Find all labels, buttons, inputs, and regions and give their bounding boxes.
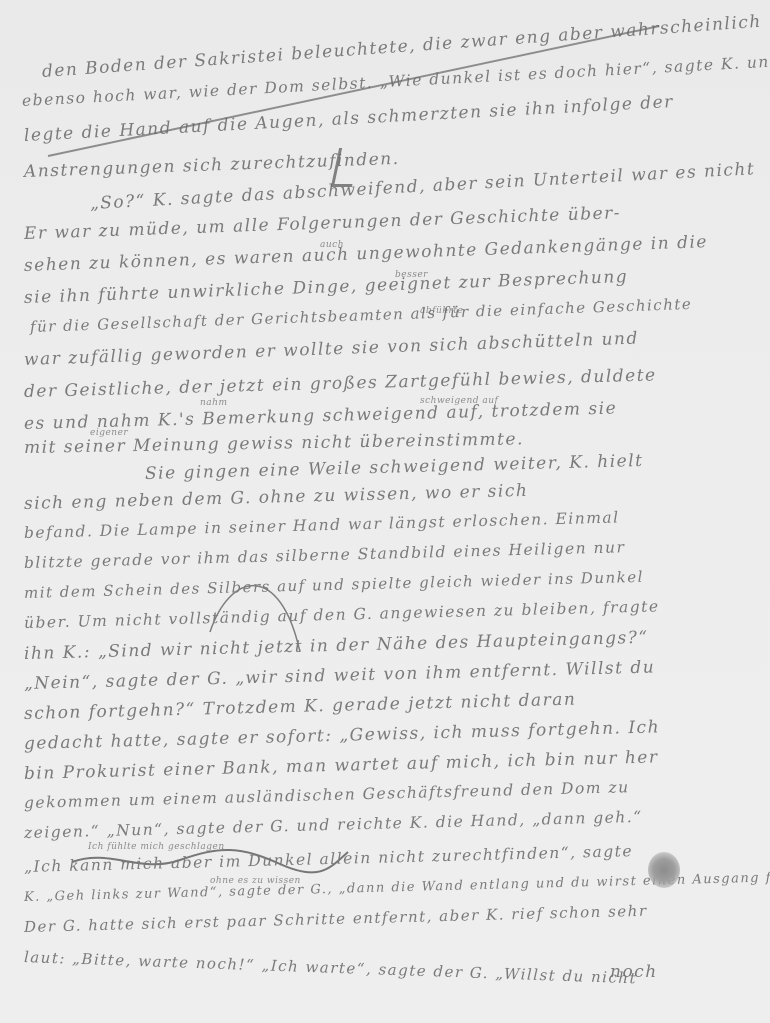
manuscript-line: Sie gingen eine Weile schweigend weiter,…: [145, 451, 644, 484]
manuscript-line: gekommen um einem ausländischen Geschäft…: [24, 778, 630, 812]
interlinear-insertion: nahm: [200, 398, 228, 408]
manuscript-line: über. Um nicht vollständig auf den G. an…: [24, 597, 660, 632]
manuscript-line: bin Prokurist einer Bank, man wartet auf…: [24, 747, 659, 784]
manuscript-line: ihn K.: „Sind wir nicht jetzt in der Näh…: [24, 628, 649, 664]
manuscript-line: mit dem Schein des Silbers auf und spiel…: [24, 568, 644, 602]
manuscript-line: der Geistliche, der jetzt ein großes Zar…: [24, 365, 657, 402]
manuscript-line: sich eng neben dem G. ohne zu wissen, wo…: [24, 481, 529, 514]
manuscript-page: den Boden der Sakristei beleuchtete, die…: [0, 0, 770, 1023]
manuscript-line: „Nein“, sagte der G. „wir sind weit von …: [24, 657, 656, 694]
manuscript-line: zeigen.“ „Nun“, sagte der G. und reichte…: [24, 808, 643, 842]
manuscript-line: befand. Die Lampe in seiner Hand war län…: [24, 508, 620, 542]
manuscript-line: war zufällig geworden er wollte sie von …: [24, 329, 639, 370]
ink-smudge: [648, 852, 680, 888]
manuscript-line: gedacht hatte, sagte er sofort: „Gewiss,…: [24, 717, 661, 754]
curved-insertion-stroke: [200, 572, 320, 672]
manuscript-line: Der G. hatte sich erst paar Schritte ent…: [24, 902, 648, 936]
manuscript-line: laut: „Bitte, warte noch!“ „Ich warte“, …: [24, 948, 638, 987]
manuscript-line: schon fortgehn?“ Trotzdem K. gerade jetz…: [24, 690, 577, 724]
wavy-deletion-stroke: [70, 838, 350, 878]
manuscript-line: noch: [610, 962, 658, 982]
manuscript-line: blitzte gerade vor ihm das silberne Stan…: [24, 538, 626, 572]
